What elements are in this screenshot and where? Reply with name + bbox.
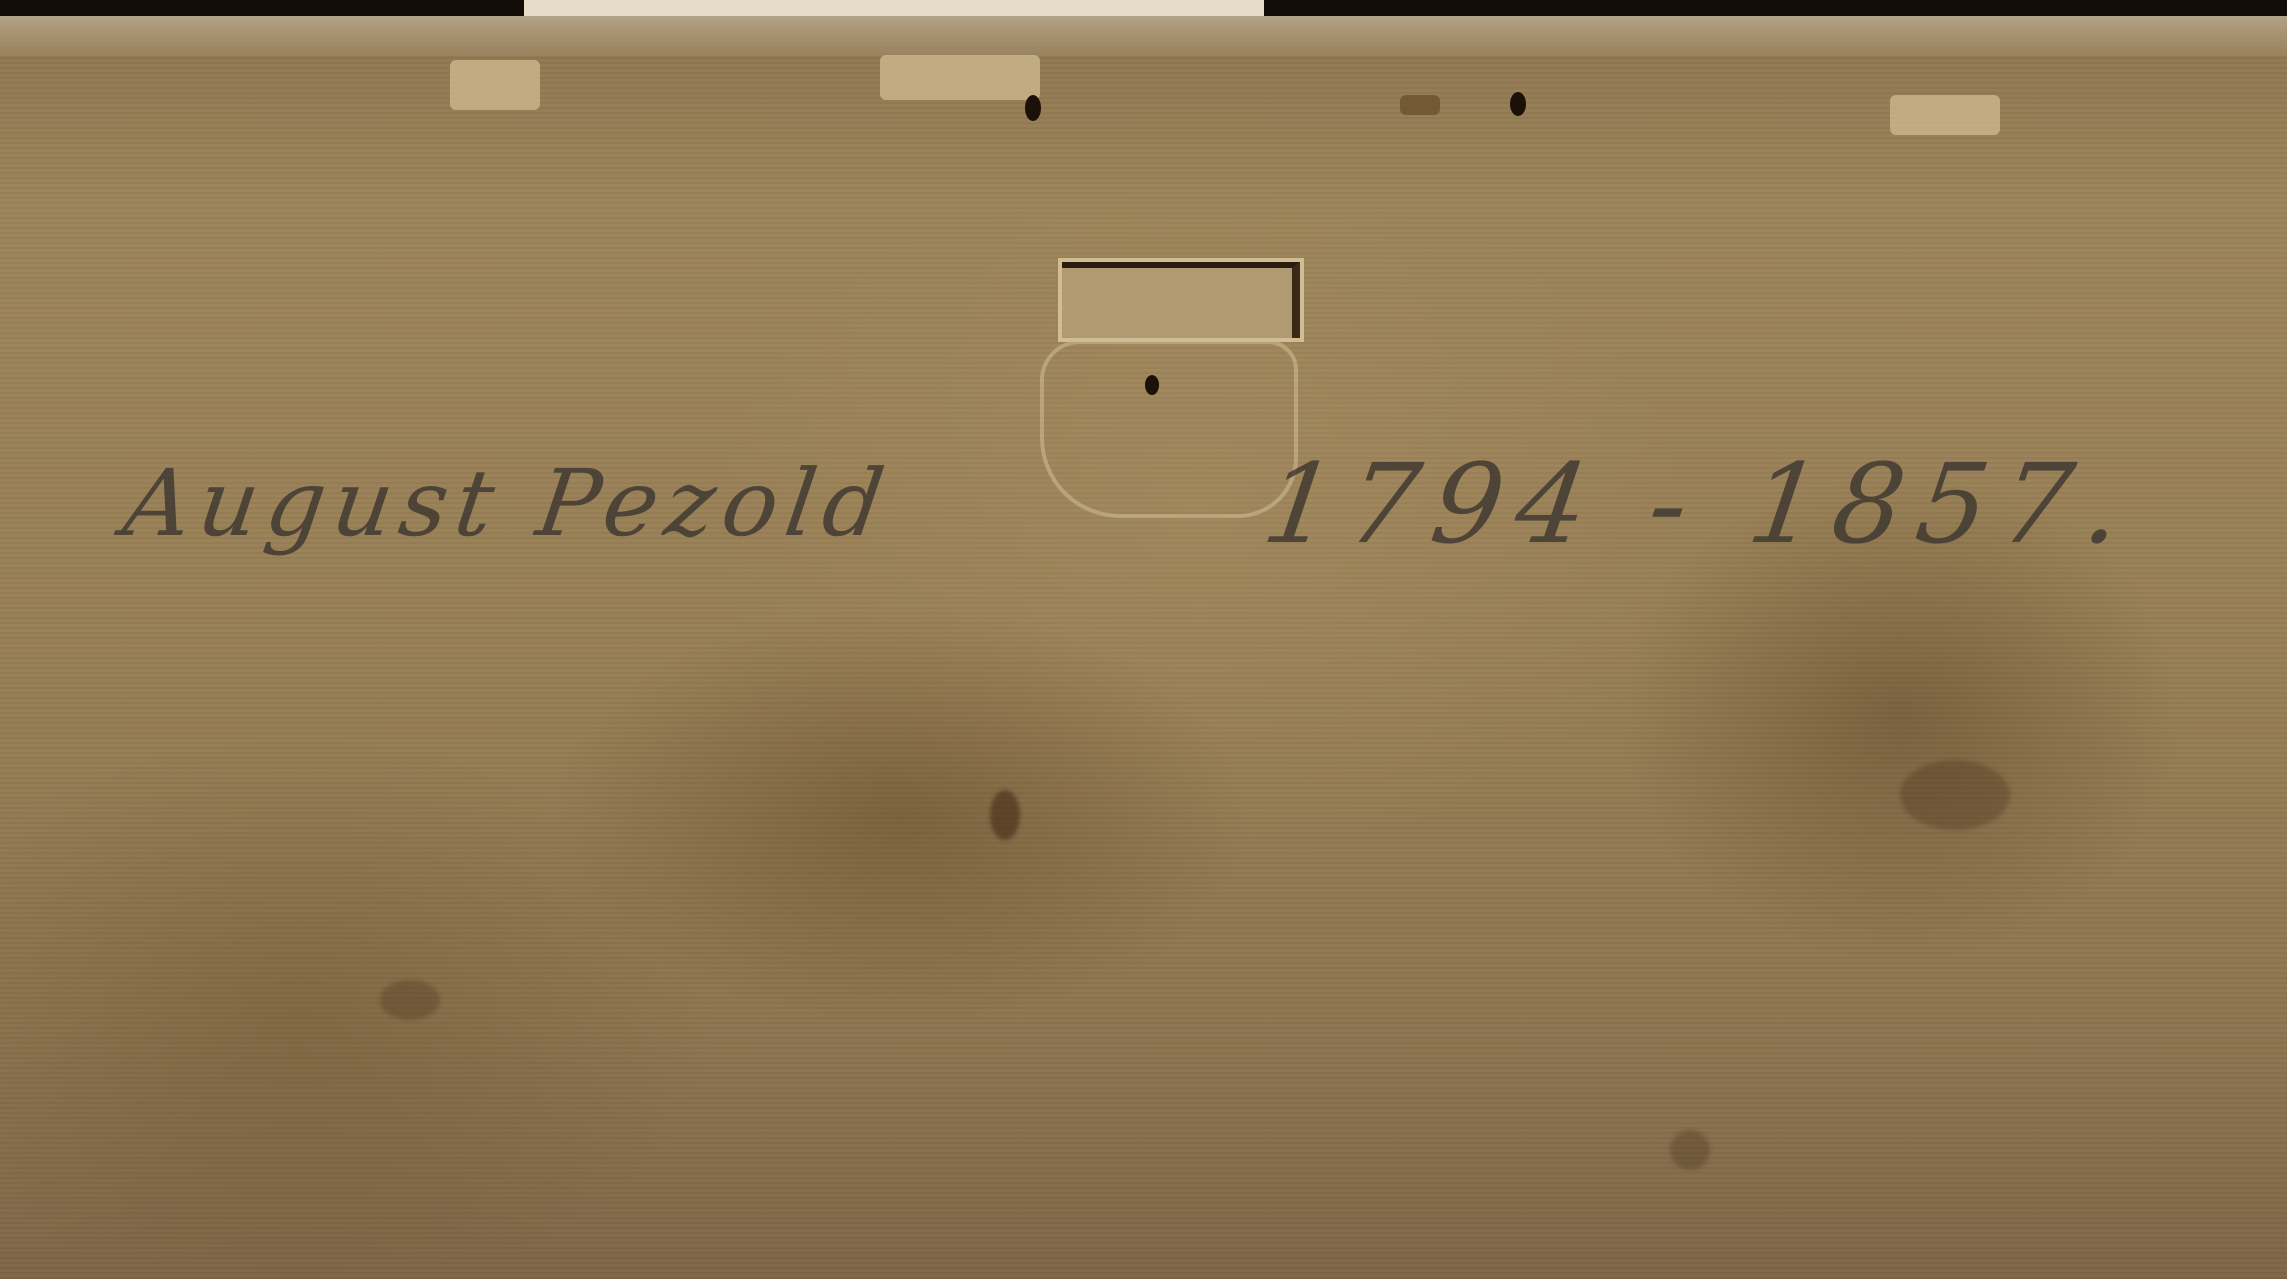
paper-tear	[880, 55, 1040, 100]
inscription-name: August Pezold	[117, 450, 898, 557]
paper-backing	[0, 16, 2287, 1279]
frame-top-edge	[0, 16, 2287, 56]
stain-spot	[380, 980, 440, 1020]
paper-tear	[1400, 95, 1440, 115]
stain-spot	[1670, 1130, 1710, 1170]
paper-tear	[450, 60, 540, 110]
inscription-years: 1794 - 1857.	[1256, 440, 2144, 568]
stain-spot	[990, 790, 1020, 840]
torn-flap	[1040, 340, 1298, 518]
stain-spot	[1900, 760, 2010, 830]
nail-hole	[1025, 95, 1041, 121]
small-hole	[1145, 375, 1159, 395]
hanger-slot	[1062, 262, 1300, 338]
nail-hole	[1510, 92, 1526, 116]
paper-tear	[1890, 95, 2000, 135]
